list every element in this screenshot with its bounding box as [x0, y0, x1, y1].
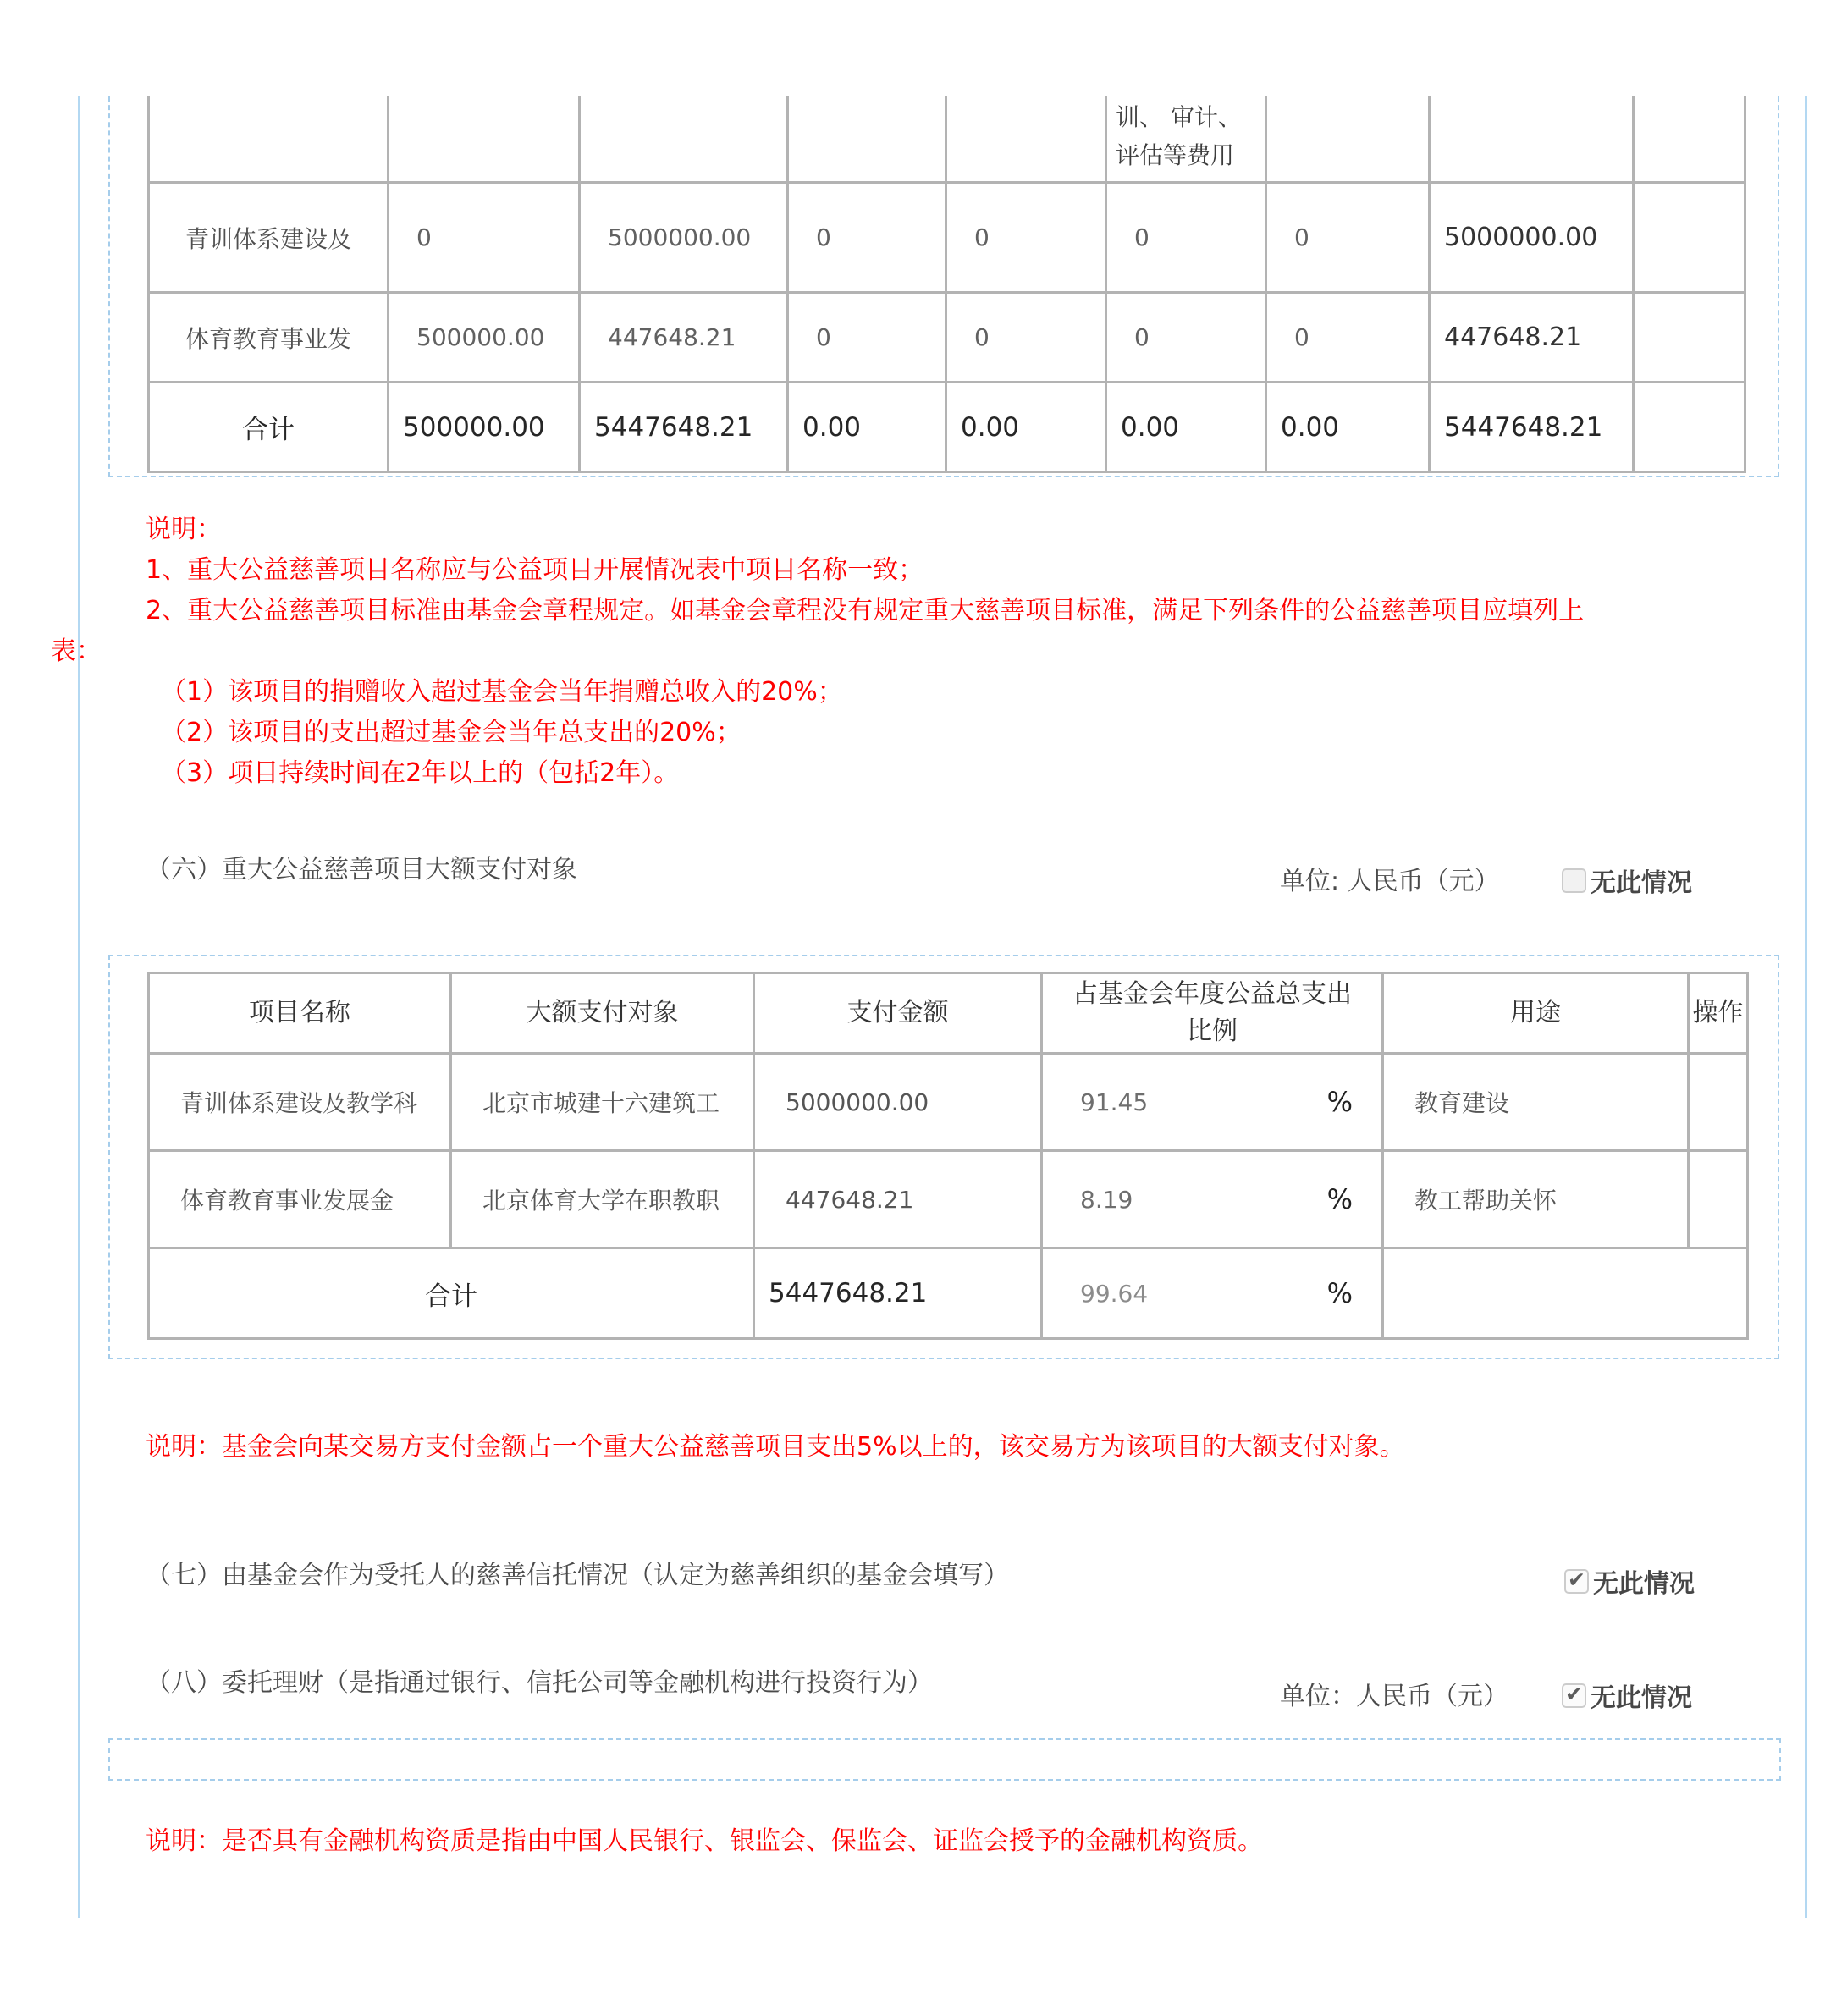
table-row: 体育教育事业发 500000.00 447648.21 0 0 0 0 4476… [149, 293, 1745, 383]
percent-sign: % [1327, 1183, 1353, 1215]
usage-cell: 教育建设 [1383, 1054, 1689, 1151]
column-header-action: 操作 [1689, 973, 1748, 1054]
project-name-cell: 青训体系建设及教学科 [149, 1054, 451, 1151]
table-row: 体育教育事业发展金 北京体育大学在职教职 447648.21 8.19 % 教工… [149, 1151, 1748, 1248]
note-line: （2）该项目的支出超过基金会当年总支出的20%； [51, 713, 1795, 753]
ratio-cell: 8.19 % [1042, 1151, 1383, 1248]
table-total-row: 合计 5447648.21 99.64 % [149, 1248, 1748, 1339]
project-name-cell: 体育教育事业发 [149, 293, 389, 383]
table-header-row: 项目名称 大额支付对象 支付金额 占基金会年度公益总支出比例 用途 操作 [149, 973, 1748, 1054]
table-header-row: 训、 审计、 评估等费用 [149, 96, 1745, 183]
major-project-notes: 说明： 1、重大公益慈善项目名称应与公益项目开展情况表中项目名称一致； 2、重大… [51, 510, 1795, 794]
no-case-label: 无此情况 [1591, 862, 1692, 899]
section6-title: （六）重大公益慈善项目大额支付对象 [146, 848, 577, 885]
major-project-table: 训、 审计、 评估等费用 青训体系建设及 0 5000000.00 0 0 0 … [147, 96, 1746, 473]
table-row: 青训体系建设及 0 5000000.00 0 0 0 0 5000000.00 [149, 183, 1745, 293]
note-line: 2、重大公益慈善项目标准由基金会章程规定。如基金会章程没有规定重大慈善项目标准，… [51, 591, 1795, 631]
column-header-training-audit-fees: 训、 审计、 评估等费用 [1106, 96, 1266, 183]
large-payment-note: 说明：基金会向某交易方支付金额占一个重大公益慈善项目支出5%以上的，该交易方为该… [146, 1427, 1754, 1468]
column-header-usage: 用途 [1383, 973, 1689, 1054]
entrusted-finance-empty-container [108, 1738, 1781, 1781]
large-payment-table-wrap: 项目名称 大额支付对象 支付金额 占基金会年度公益总支出比例 用途 操作 青训体… [147, 972, 1749, 1340]
column-header-ratio: 占基金会年度公益总支出比例 [1042, 973, 1383, 1054]
percent-sign: % [1327, 1086, 1353, 1118]
note-line: 表： [51, 631, 1795, 672]
no-case-checkbox[interactable] [1564, 1569, 1589, 1594]
note-line: 说明： [51, 510, 1795, 550]
action-cell [1689, 1151, 1748, 1248]
column-header-amount: 支付金额 [754, 973, 1042, 1054]
financial-qualification-note: 说明：是否具有金融机构资质是指由中国人民银行、银监会、保监会、证监会授予的金融机… [146, 1821, 1754, 1862]
usage-cell: 教工帮助关怀 [1383, 1151, 1689, 1248]
project-name-cell: 青训体系建设及 [149, 183, 389, 293]
section8-no-case: 无此情况 [1562, 1677, 1692, 1714]
table-row: 青训体系建设及教学科 北京市城建十六建筑工 5000000.00 91.45 %… [149, 1054, 1748, 1151]
total-label: 合计 [149, 383, 389, 472]
note-line: （3）项目持续时间在2年以上的（包括2年）。 [51, 753, 1795, 794]
note-line: （1）该项目的捐赠收入超过基金会当年捐赠总收入的20%； [51, 672, 1795, 713]
section6-unit-label: 单位: 人民币（元） [1280, 860, 1500, 897]
total-ratio-cell: 99.64 % [1042, 1248, 1383, 1339]
action-cell [1689, 1054, 1748, 1151]
no-case-checkbox[interactable] [1562, 1683, 1586, 1708]
section6-no-case: 无此情况 [1562, 862, 1692, 899]
payee-cell: 北京市城建十六建筑工 [451, 1054, 754, 1151]
total-label: 合计 [149, 1248, 754, 1339]
amount-cell: 5000000.00 [754, 1054, 1042, 1151]
amount-cell: 447648.21 [754, 1151, 1042, 1248]
table-total-row: 合计 500000.00 5447648.21 0.00 0.00 0.00 0… [149, 383, 1745, 472]
no-case-label: 无此情况 [1593, 1562, 1695, 1600]
section8-unit-label: 单位：人民币（元） [1280, 1675, 1508, 1712]
column-header-payee: 大额支付对象 [451, 973, 754, 1054]
note-line: 1、重大公益慈善项目名称应与公益项目开展情况表中项目名称一致； [51, 550, 1795, 591]
large-payment-table: 项目名称 大额支付对象 支付金额 占基金会年度公益总支出比例 用途 操作 青训体… [147, 972, 1749, 1340]
ratio-cell: 91.45 % [1042, 1054, 1383, 1151]
section7-title: （七）由基金会作为受托人的慈善信托情况（认定为慈善组织的基金会填写） [146, 1554, 1009, 1591]
no-case-label: 无此情况 [1591, 1677, 1692, 1714]
project-name-cell: 体育教育事业发展金 [149, 1151, 451, 1248]
column-header-project-name: 项目名称 [149, 973, 451, 1054]
section8-title: （八）委托理财（是指通过银行、信托公司等金融机构进行投资行为） [146, 1661, 933, 1699]
payee-cell: 北京体育大学在职教职 [451, 1151, 754, 1248]
no-case-checkbox[interactable] [1562, 868, 1586, 893]
major-project-table-wrap: 训、 审计、 评估等费用 青训体系建设及 0 5000000.00 0 0 0 … [147, 96, 1749, 474]
section7-no-case: 无此情况 [1564, 1562, 1695, 1600]
total-amount: 5447648.21 [754, 1248, 1042, 1339]
percent-sign: % [1327, 1277, 1353, 1309]
